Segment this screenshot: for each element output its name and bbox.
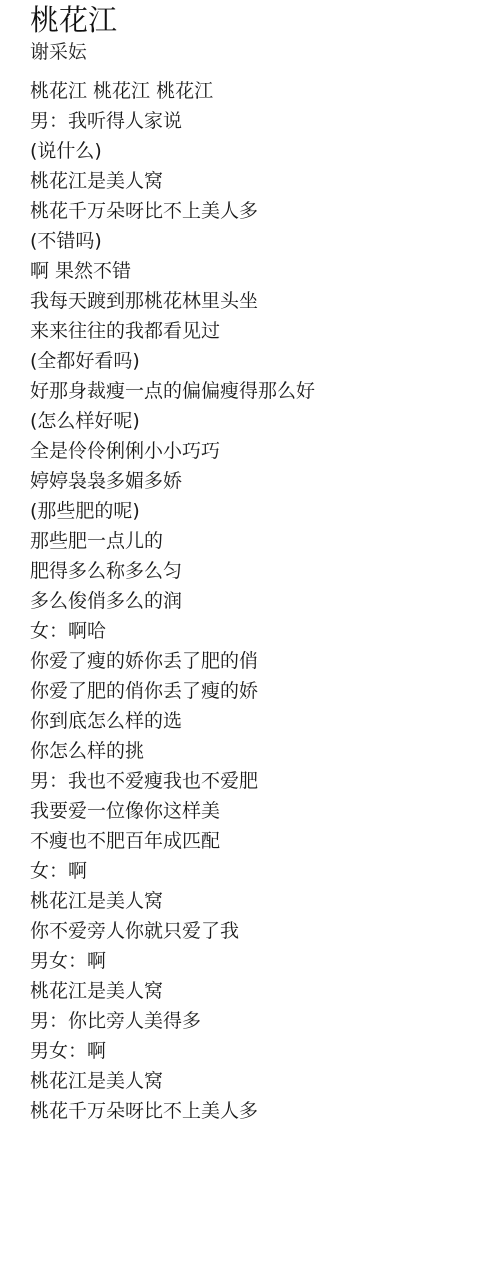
lyrics-list: 桃花江 桃花江 桃花江 男：我听得人家说 (说什么) 桃花江是美人窝 桃花千万朵… (30, 76, 500, 1126)
lyric-line: 男女：啊 (30, 1036, 500, 1066)
lyric-line: 男：我也不爱瘦我也不爱肥 (30, 766, 500, 796)
lyric-line: (那些肥的呢) (30, 496, 500, 526)
lyric-line: (说什么) (30, 136, 500, 166)
lyric-line: 你怎么样的挑 (30, 736, 500, 766)
lyric-line: 我每天踱到那桃花林里头坐 (30, 286, 500, 316)
lyric-line: 我要爱一位像你这样美 (30, 796, 500, 826)
lyric-line: 那些肥一点儿的 (30, 526, 500, 556)
lyric-line: 肥得多么称多么匀 (30, 556, 500, 586)
lyric-line: 婷婷袅袅多媚多娇 (30, 466, 500, 496)
lyric-line: 全是伶伶俐俐小小巧巧 (30, 436, 500, 466)
lyric-line: 好那身裁瘦一点的偏偏瘦得那么好 (30, 376, 500, 406)
lyric-line: 不瘦也不肥百年成匹配 (30, 826, 500, 856)
lyric-line: 女：啊 (30, 856, 500, 886)
lyric-line: 男女：啊 (30, 946, 500, 976)
lyric-line: 你爱了瘦的娇你丢了肥的俏 (30, 646, 500, 676)
lyric-line: 多么俊俏多么的润 (30, 586, 500, 616)
lyric-line: 桃花江是美人窝 (30, 1066, 500, 1096)
lyric-line: (怎么样好呢) (30, 406, 500, 436)
lyric-line: 桃花江是美人窝 (30, 976, 500, 1006)
lyric-line: 女：啊哈 (30, 616, 500, 646)
lyric-line: 啊 果然不错 (30, 256, 500, 286)
lyric-line: 桃花江是美人窝 (30, 166, 500, 196)
lyric-line: 你到底怎么样的选 (30, 706, 500, 736)
lyric-line: 男：你比旁人美得多 (30, 1006, 500, 1036)
lyric-line: 来来往往的我都看见过 (30, 316, 500, 346)
lyric-line: 桃花江是美人窝 (30, 886, 500, 916)
lyrics-page: 桃花江 谢采妘 桃花江 桃花江 桃花江 男：我听得人家说 (说什么) 桃花江是美… (0, 0, 500, 1126)
lyric-line: (不错吗) (30, 226, 500, 256)
lyric-line: 桃花江 桃花江 桃花江 (30, 76, 500, 106)
lyric-line: 你不爱旁人你就只爱了我 (30, 916, 500, 946)
lyric-line: 桃花千万朵呀比不上美人多 (30, 196, 500, 226)
lyric-line: (全都好看吗) (30, 346, 500, 376)
lyric-line: 桃花千万朵呀比不上美人多 (30, 1096, 500, 1126)
lyric-line: 男：我听得人家说 (30, 106, 500, 136)
lyric-line: 你爱了肥的俏你丢了瘦的娇 (30, 676, 500, 706)
song-title: 桃花江 (30, 0, 500, 38)
artist-name: 谢采妘 (30, 38, 500, 66)
